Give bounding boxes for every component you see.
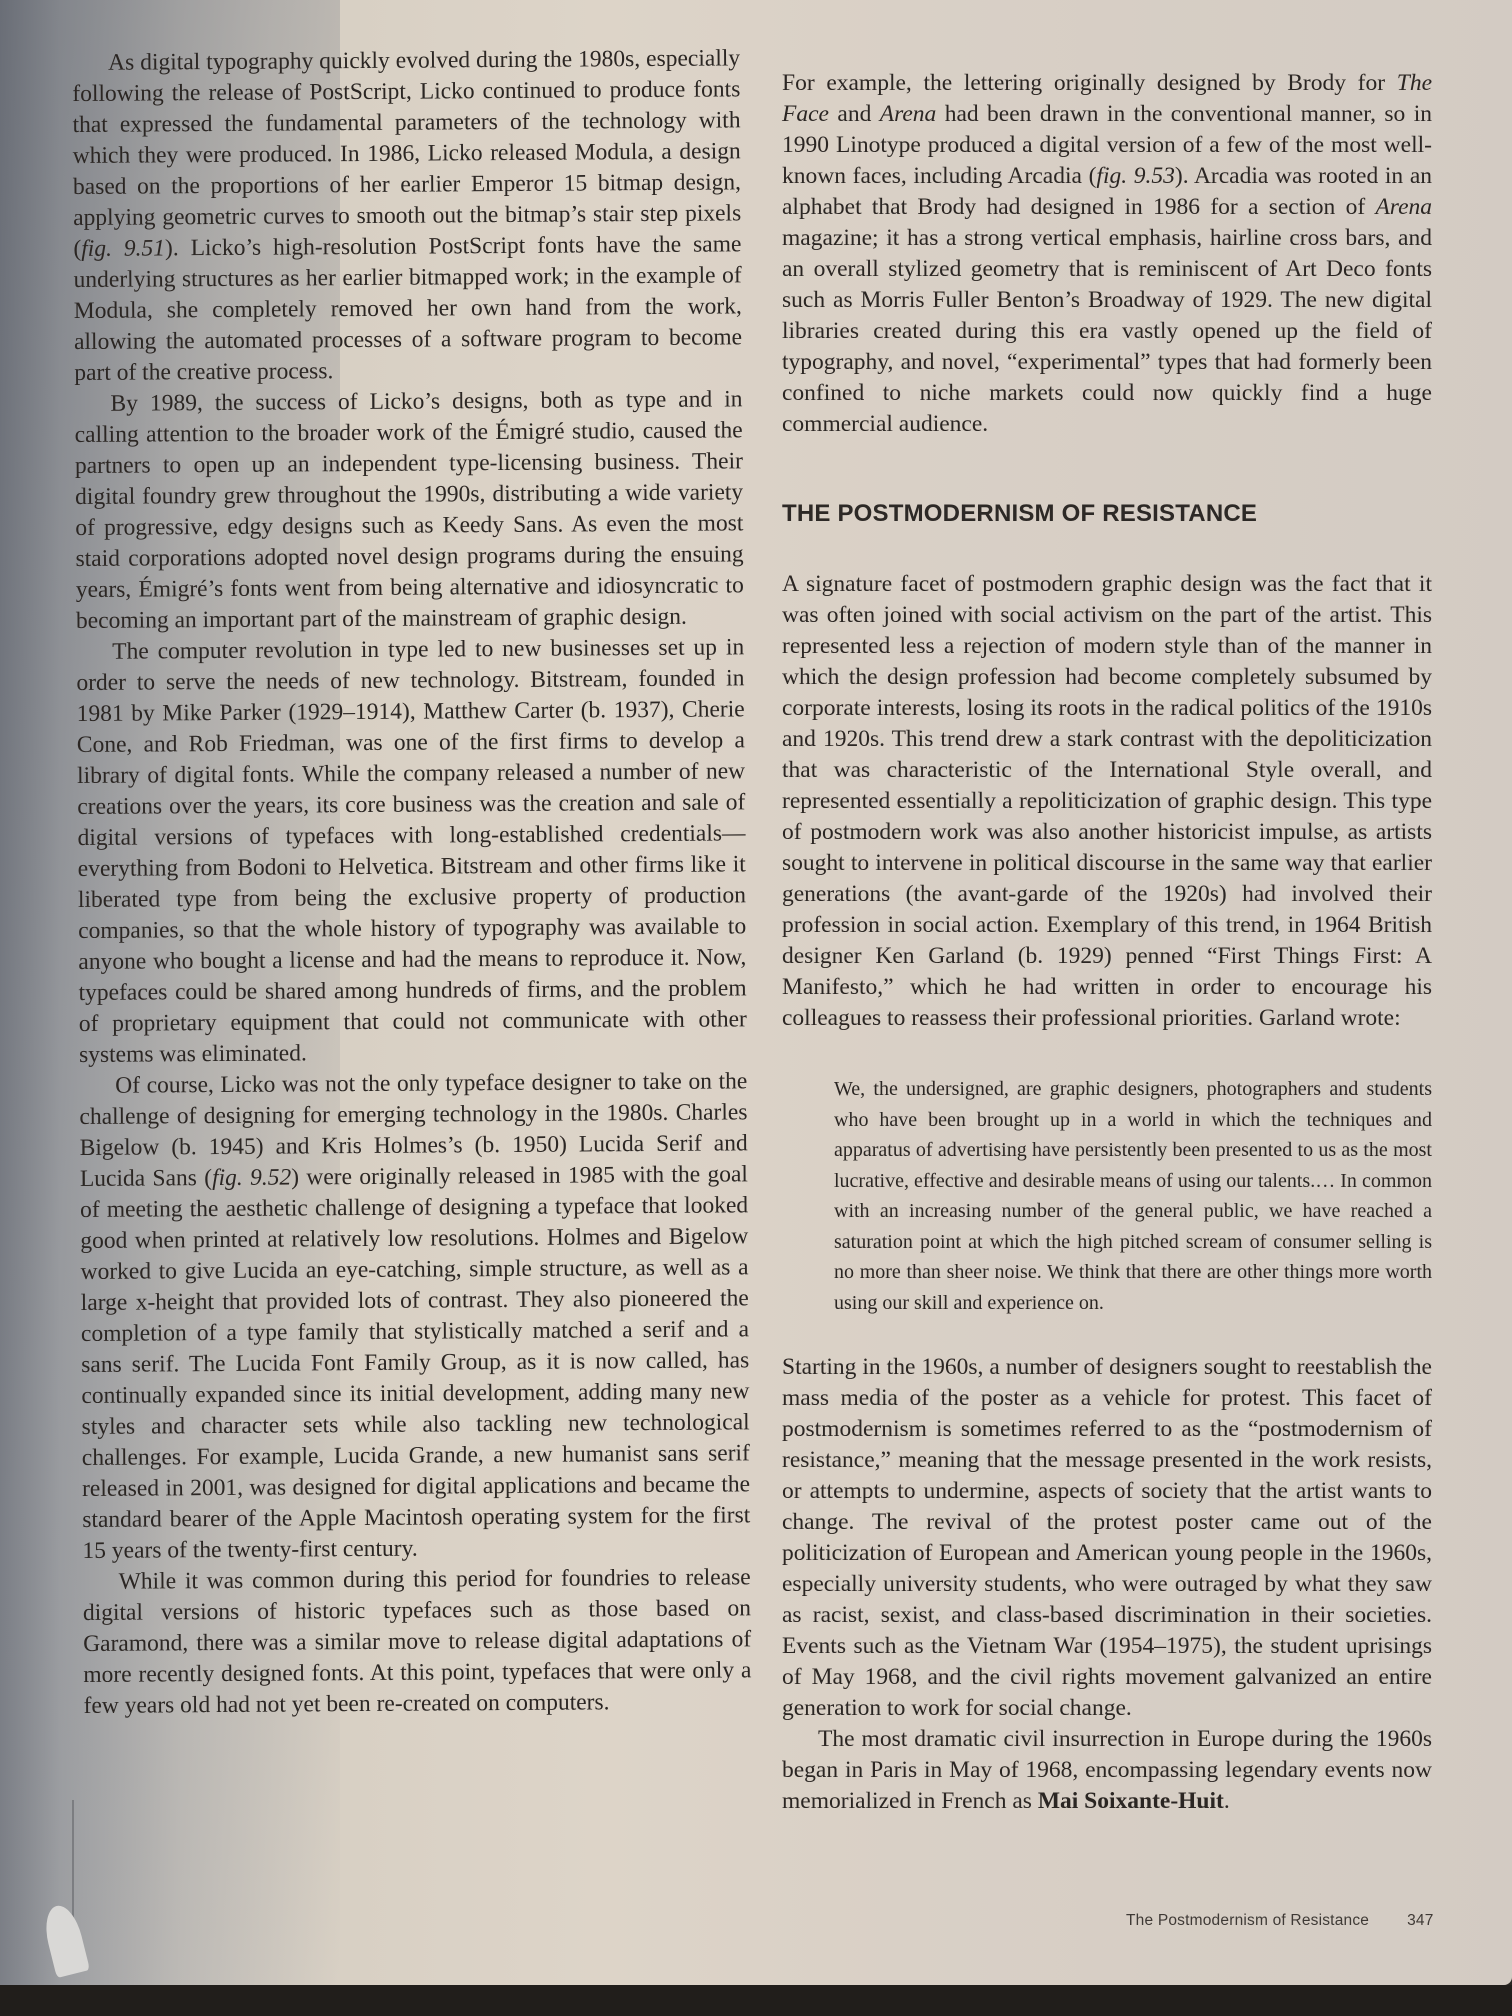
paragraph-text: ) were originally released in 1985 with … (80, 1161, 750, 1564)
left-column: As digital typography quickly evolved du… (72, 43, 752, 1722)
paragraph-text: ). Licko’s high-resolution PostScript fo… (74, 231, 743, 386)
paragraph-text: magazine; it has a strong vertical empha… (782, 225, 1432, 437)
italic-reference: fig. 9.51 (81, 235, 165, 262)
section-paragraph: A signature facet of postmodern graphic … (782, 569, 1432, 1034)
dark-background-surface (0, 1985, 1512, 2016)
italic-reference: fig. 9.52 (212, 1164, 291, 1191)
paragraph-text: While it was common during this period f… (83, 1564, 752, 1719)
left-paragraph-1: As digital typography quickly evolved du… (72, 43, 742, 389)
left-paragraph-4: Of course, Licko was not the only typefa… (79, 1066, 750, 1567)
left-paragraph-2: By 1989, the success of Licko’s designs,… (74, 384, 744, 637)
left-paragraph-5: While it was common during this period f… (83, 1562, 752, 1722)
page-footer: The Postmodernism of Resistance347 (1126, 1912, 1434, 1930)
italic-reference: Arena (1375, 194, 1432, 220)
paragraph-text: and (829, 101, 880, 127)
section-heading: THE POSTMODERNISM OF RESISTANCE (782, 498, 1432, 529)
manifesto-block-quote: We, the undersigned, are graphic designe… (834, 1074, 1432, 1318)
final-paragraph-end: . (1224, 1788, 1230, 1814)
final-paragraph: The most dramatic civil insurrection in … (782, 1724, 1432, 1817)
running-head: The Postmodernism of Resistance (1126, 1912, 1369, 1929)
page-gutter-edge (72, 1800, 74, 1920)
paragraph-text: By 1989, the success of Licko’s designs,… (75, 386, 744, 634)
right-column: For example, the lettering originally de… (782, 68, 1432, 1817)
book-page: As digital typography quickly evolved du… (0, 0, 1512, 1985)
paragraph-text: The computer revolution in type led to n… (76, 634, 747, 1068)
mai-soixante-huit-term: Mai Soixante-Huit (1038, 1788, 1224, 1814)
paragraph-text: As digital typography quickly evolved du… (72, 45, 741, 262)
right-intro-paragraph: For example, the lettering originally de… (782, 68, 1432, 440)
after-quote-paragraph: Starting in the 1960s, a number of desig… (782, 1352, 1432, 1724)
left-paragraph-3: The computer revolution in type led to n… (76, 632, 747, 1071)
italic-reference: fig. 9.53 (1096, 163, 1174, 189)
italic-reference: Arena (880, 101, 937, 127)
page-number: 347 (1407, 1912, 1433, 1929)
paragraph-text: For example, the lettering originally de… (782, 70, 1397, 96)
